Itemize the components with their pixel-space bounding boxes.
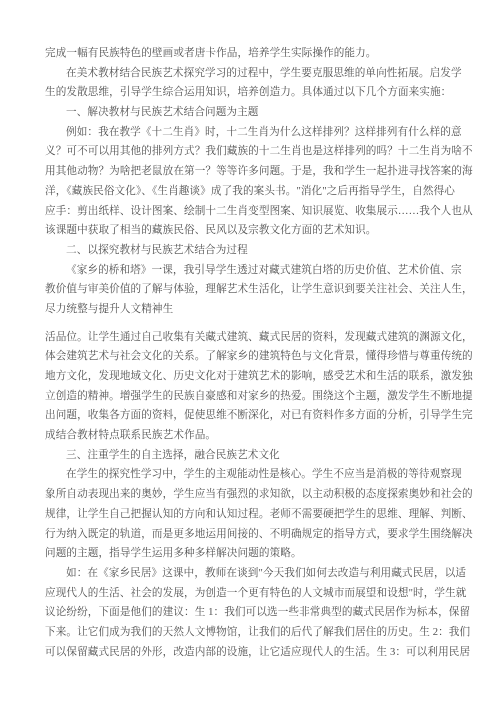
text-line: 生的发散思维，引导学生综合运用知识，培养创造力。具体通过以下几个方面来实施： xyxy=(45,83,462,103)
text-line: 在美术教材结合民族艺术探究学习的过程中，学生要克服思维的单向性拓展。启发学 xyxy=(45,64,462,84)
text-line: 应手：剪出纸样、设计图案、绘制十二生肖变型图案、知识展览、收集展示……我个人也从 xyxy=(45,202,462,222)
text-line: 教价值与审美价值的了解与体验，理解艺术生活化，让学生意识到要关注社会、关注人生， xyxy=(45,280,462,300)
text-line: 象所自动表现出来的奥妙，学生应当有强烈的求知欲，以主动积极的态度探索奥妙和社会的 xyxy=(45,485,462,505)
text-line: 三、注重学生的自主选择，融合民族艺术文化 xyxy=(45,446,462,466)
text-line: 问题的主题，指导学生运用多种多样解决问题的策略。 xyxy=(45,544,462,564)
text-line: 如：在《家乡民居》这课中，教师在谈到"今天我们如何去改造与利用藏式民居，以适 xyxy=(45,564,462,584)
document-text-block: 完成一幅有民族特色的壁画或者唐卡作品，培养学生实际操作的能力。在美术教材结合民族… xyxy=(45,44,462,662)
text-line: 应现代人的生活、社会的发展，为创造一个更有特色的人文城市而展望和设想"时，学生就 xyxy=(45,584,462,604)
text-line: 行为纳入既定的轨道，而是更多地运用间接的、不明确规定的指导方式，要求学生围绕解决 xyxy=(45,525,462,545)
text-line: 规律，让学生自己把握认知的方向和认知过程。老师不需要硬把学生的思维、理解、判断、 xyxy=(45,505,462,525)
text-line: 用其他动物？为啥把老鼠放在第一？等等许多问题。于是，我和学生一起扑进寻找答案的海 xyxy=(45,162,462,182)
text-line: 出问题，收集各方面的资料，促使思维不断深化，对已有资料作多方面的分析，引导学生完 xyxy=(45,406,462,426)
text-line: 立创造的精神。增强学生的民族自豪感和对家乡的热爱。围绕这个主题，激发学生不断地提 xyxy=(45,387,462,407)
text-line: 可以保留藏式民居的外形，改造内部的设施，让它适应现代人的生活。生 3：可以利用民… xyxy=(45,643,462,663)
text-line: 议论纷纷，下面是他们的建议：生 1：我们可以选一些非常典型的藏式民居作为标本，保… xyxy=(45,603,462,623)
text-line: 义？可不可以用其他的排列方式？我们藏族的十二生肖也是这样排列的吗？十二生肖为啥不 xyxy=(45,142,462,162)
text-line: 一、解决教材与民族艺术结合问题为主题 xyxy=(45,103,462,123)
text-line: 洋，《藏族民俗文化》、《生肖趣谈》成了我的案头书。"消化"之后再指导学生，自然得… xyxy=(45,182,462,202)
text-line: 活品位。让学生通过自己收集有关藏式建筑、藏式民居的资料，发现藏式建筑的渊源文化， xyxy=(45,328,462,348)
text-line: 《家乡的桥和塔》一课，我引导学生透过对藏式建筑白塔的历史价值、艺术价值、宗 xyxy=(45,261,462,281)
document-page: 完成一幅有民族特色的壁画或者唐卡作品，培养学生实际操作的能力。在美术教材结合民族… xyxy=(0,0,500,707)
text-line: 成结合教材特点联系民族艺术作品。 xyxy=(45,426,462,446)
text-line: 尽力统整与提升人文精神生 xyxy=(45,300,462,320)
text-line: 在学生的探究性学习中，学生的主观能动性是核心。学生不应当是消极的等待观察现 xyxy=(45,465,462,485)
text-line: 例如：我在教学《十二生肖》时，十二生肖为什么这样排列？这样排列有什么样的意 xyxy=(45,123,462,143)
text-line: 完成一幅有民族特色的壁画或者唐卡作品，培养学生实际操作的能力。 xyxy=(45,44,462,64)
text-line: 地方文化，发现地域文化、历史文化对于建筑艺术的影响，感受艺术和生活的联系，激发独 xyxy=(45,367,462,387)
text-line: 体会建筑艺术与社会文化的关系。了解家乡的建筑特色与文化背景，懂得珍惜与尊重传统的 xyxy=(45,347,462,367)
text-line: 下来。让它们成为我们的天然人文博物馆，让我们的后代了解我们居住的历史。生 2：我… xyxy=(45,623,462,643)
text-line: 二、以探究教材与民族艺术结合为过程 xyxy=(45,241,462,261)
text-line: 该课题中获取了相当的藏族民俗、民风以及宗教文化方面的艺术知识。 xyxy=(45,221,462,241)
